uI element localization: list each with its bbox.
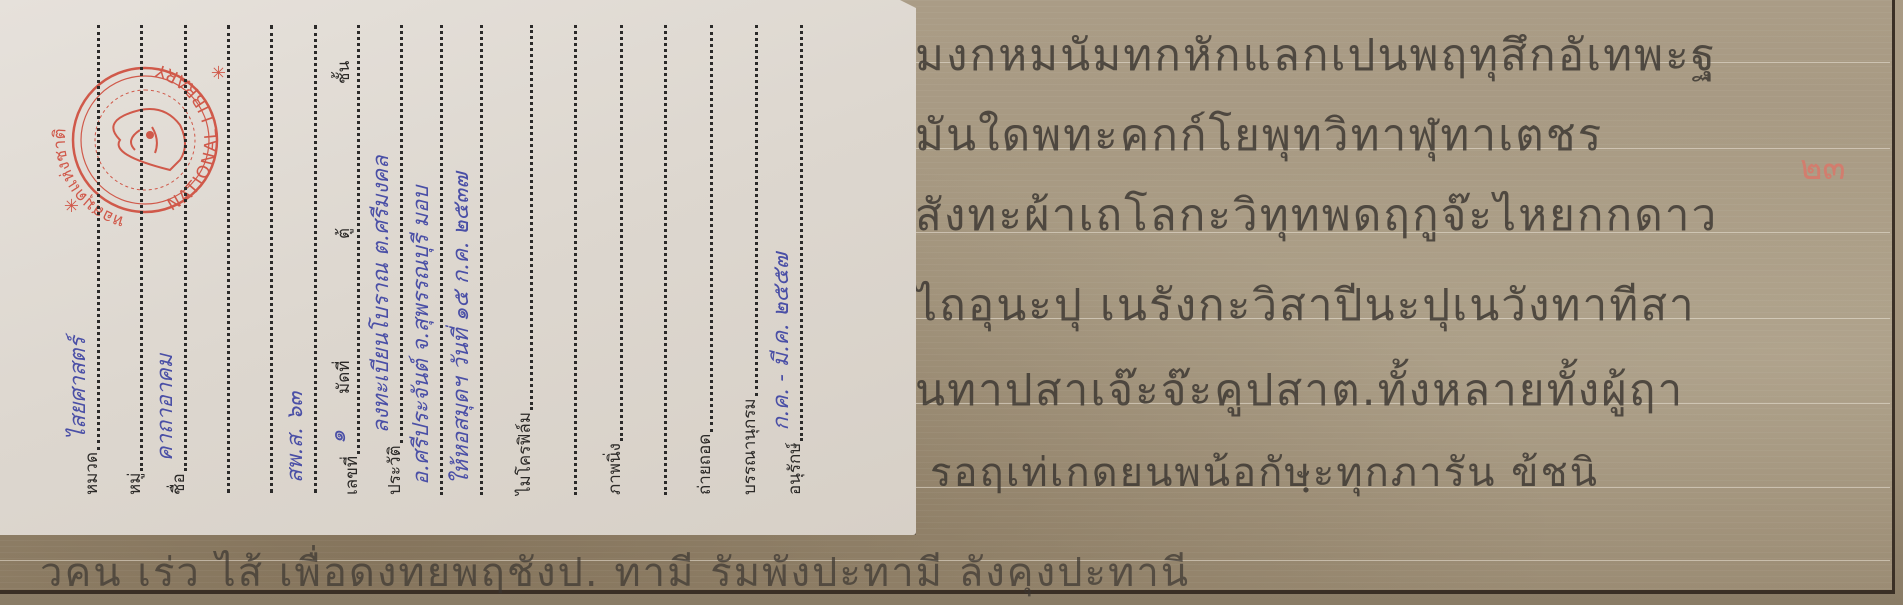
- cabinet-label: ตู้: [330, 228, 357, 239]
- field-value-line: [140, 25, 143, 471]
- field-number: เลขที่ ๑ มัดที่ ตู้ ชั้น: [335, 25, 365, 495]
- field-value-line: [620, 25, 623, 441]
- field-label: หมวด: [78, 450, 105, 495]
- field-value-line: [227, 25, 230, 493]
- field-value: คาถาอาคม: [147, 354, 182, 462]
- field-label: บรรณานุกรม: [736, 396, 763, 495]
- field-label: หมู่: [121, 471, 148, 495]
- bundle-label: มัดที่: [330, 360, 357, 393]
- field-label: ไมโครฟิล์ม: [511, 410, 538, 495]
- field-category: หมวด ไสยศาสตร์: [75, 25, 105, 495]
- manuscript-photo: มงกหมนัมทกหักแลกเปนพฤทุสึกอัเทพะฐ มันใดพ…: [0, 0, 1903, 605]
- field-value-line: ให้หอสมุดฯ วันที่ ๑๕ ก.ค. ๒๕๓๗: [480, 25, 483, 495]
- field-label: ถ่ายถอด: [691, 432, 718, 495]
- field-value-line: คาถาอาคม: [184, 25, 187, 471]
- field-title: ชื่อ คาถาอาคม: [162, 25, 192, 495]
- manuscript-line-5: นทาปสาเจ๊ะจ๊ะคูปสาต.ทั้งหลายทั้งผู้ฤา: [915, 355, 1684, 425]
- field-blank-1: [205, 25, 235, 495]
- field-value: อ.ศรีประจันต์ จ.สุพรรณบุรี มอบ: [403, 186, 438, 485]
- folio-number: ๒๓: [1800, 140, 1846, 194]
- field-code: สพ.ส. ๖๓: [292, 25, 322, 495]
- field-value: ลงทะเบียนโบราณ ต.ศรีมงคล: [363, 156, 398, 434]
- catalog-card: หอสมุดแห่งชาติ NATIONAL LIBRARY ✳ ✳ หมวด…: [0, 0, 916, 535]
- field-blank-3: [552, 25, 582, 495]
- field-conservation: อนุรักษ์ ก.ค. - มี.ค. ๒๕๕๗: [778, 25, 808, 495]
- field-label: เลขที่: [338, 454, 365, 495]
- field-value-line: ๑ มัดที่ ตู้ ชั้น: [357, 25, 360, 454]
- field-value-line: [664, 25, 667, 495]
- field-microfilm: ไมโครฟิล์ม: [508, 25, 538, 495]
- manuscript-line-6: รอฤเท่เกดยนพน้อกัษฺะทุกภารัน ข้ชนิ: [930, 440, 1599, 504]
- field-label: ภาพนิ่ง: [601, 441, 628, 495]
- manuscript-line-2: มันใดพทะคกก์โยพุทวิทาฬุทาเตชร: [915, 100, 1603, 170]
- field-transcription: ถ่ายถอด: [688, 25, 718, 495]
- field-value: ๑: [320, 430, 355, 444]
- catalog-card-content: หอสมุดแห่งชาติ NATIONAL LIBRARY ✳ ✳ หมวด…: [0, 0, 916, 535]
- manuscript-line-3: สังทะผ้าเถโลกะวิทุทพดฤกูจ๊ะไหยกกดาว: [915, 180, 1718, 250]
- field-value: ก.ค. - มี.ค. ๒๕๕๗: [763, 253, 798, 431]
- field-value-line: ก.ค. - มี.ค. ๒๕๕๗: [800, 25, 803, 441]
- field-value-line: [530, 25, 533, 410]
- field-bibliography: บรรณานุกรม: [733, 25, 763, 495]
- field-group: หมู่: [118, 25, 148, 495]
- field-value: ไสยศาสตร์: [60, 337, 95, 440]
- field-value-line: [710, 25, 713, 432]
- field-value-line: สพ.ส. ๖๓: [314, 25, 317, 493]
- manuscript-line-4: ไถอุนะปุ เนรังกะวิสาปีนะปุเนวังทาทีสา: [915, 270, 1696, 340]
- field-value: สพ.ส. ๖๓: [277, 392, 312, 483]
- field-value: ให้หอสมุดฯ วันที่ ๑๕ ก.ค. ๒๕๓๗: [443, 172, 478, 485]
- shelf-label: ชั้น: [330, 61, 357, 84]
- field-value-line: [270, 25, 273, 493]
- field-label: ชื่อ: [165, 471, 192, 495]
- field-still-image: ภาพนิ่ง: [598, 25, 628, 495]
- field-label: อนุรักษ์: [781, 441, 808, 495]
- field-value-line: [574, 25, 577, 495]
- manuscript-line-1: มงกหมนัมทกหักแลกเปนพฤทุสึกอัเทพะฐ: [915, 20, 1717, 90]
- field-blank-2: [248, 25, 278, 495]
- manuscript-bottom-line: วคน เร่ว ไส้ เพื่อดงทยพฤชังป. ทามี รัมพั…: [40, 540, 1190, 604]
- field-value-line: [755, 25, 758, 396]
- field-history-cont-2: ให้หอสมุดฯ วันที่ ๑๕ ก.ค. ๒๕๓๗: [458, 25, 488, 495]
- field-blank-4: [642, 25, 672, 495]
- field-value-line: ไสยศาสตร์: [97, 25, 100, 450]
